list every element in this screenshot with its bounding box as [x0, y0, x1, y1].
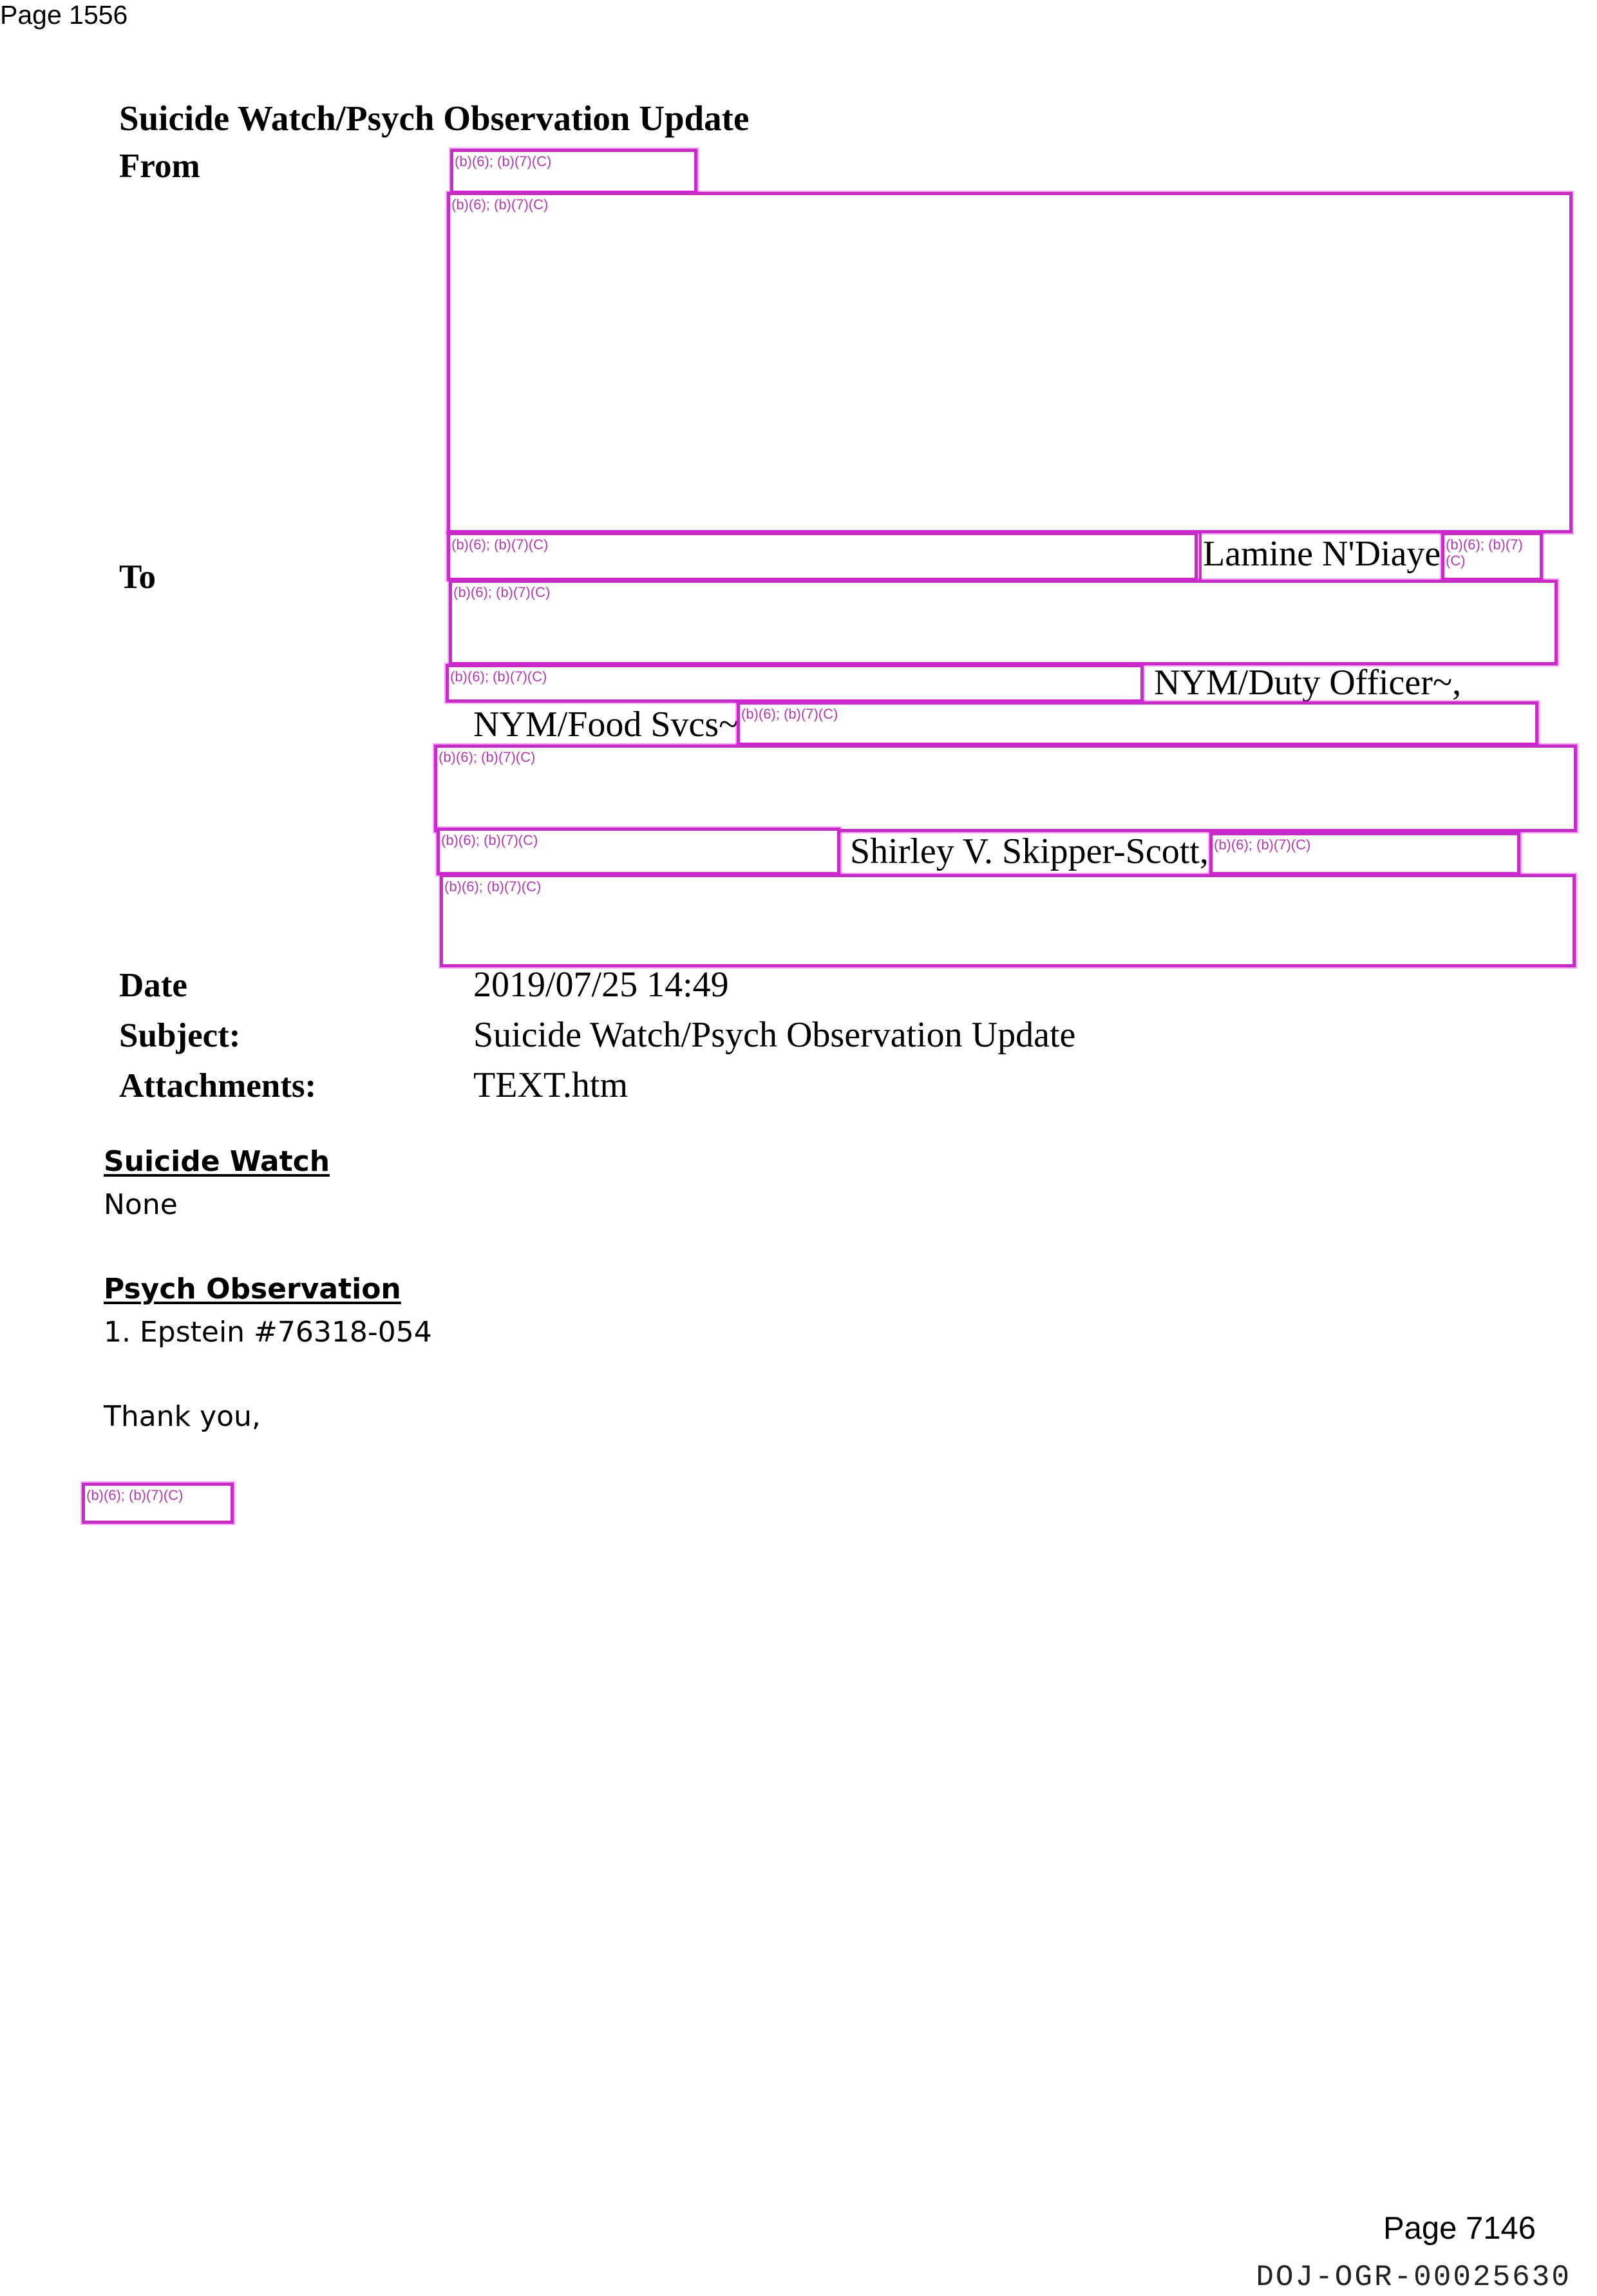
- redaction-code: (b)(6); (b)(7)(C): [453, 584, 550, 600]
- redaction-code: (b)(6); (b)(7)(C): [451, 536, 548, 553]
- attachments-label: Attachments:: [119, 1067, 316, 1105]
- source-page-number: Page 1556: [0, 0, 128, 30]
- date-label: Date: [119, 966, 187, 1005]
- subject-value: Suicide Watch/Psych Observation Update: [473, 1014, 1075, 1056]
- production-page-number: Page 7146: [1383, 2210, 1536, 2246]
- closing-text: Thank you,: [104, 1400, 261, 1433]
- from-label: From: [119, 147, 200, 185]
- redaction-box-to-6: (b)(6); (b)(7)(C): [434, 745, 1577, 832]
- redaction-code: (b)(6); (b)(7)(C): [450, 669, 547, 685]
- redaction-box-to-9: (b)(6); (b)(7)(C): [440, 874, 1576, 967]
- recipient-duty-officer: NYM/Duty Officer~,: [1154, 662, 1461, 703]
- redaction-box-signature: (b)(6); (b)(7)(C): [82, 1483, 234, 1524]
- attachments-value[interactable]: TEXT.htm: [473, 1065, 628, 1106]
- redaction-code: (b)(6); (b)(7)(C): [1214, 837, 1310, 853]
- redaction-box-to-1: (b)(6); (b)(7)(C): [447, 532, 1198, 581]
- redaction-box-to-5: (b)(6); (b)(7)(C): [737, 701, 1538, 746]
- redaction-box-from-details: (b)(6); (b)(7)(C): [447, 192, 1573, 533]
- suicide-watch-heading: Suicide Watch: [104, 1145, 330, 1178]
- redaction-box-from: (b)(6); (b)(7)(C): [450, 149, 697, 194]
- redaction-code: (b)(6); (b)(7)(C): [1446, 536, 1529, 569]
- subject-label: Subject:: [119, 1016, 240, 1055]
- redaction-code: (b)(6); (b)(7)(C): [444, 878, 541, 895]
- recipient-food-svcs: NYM/Food Svcs~: [473, 704, 738, 745]
- redaction-box-to-2: (b)(6); (b)(7)(C): [1441, 532, 1543, 581]
- redaction-code: (b)(6); (b)(7)(C): [439, 749, 535, 765]
- redaction-code: (b)(6); (b)(7)(C): [86, 1487, 183, 1503]
- to-label: To: [119, 558, 156, 596]
- redaction-code: (b)(6); (b)(7)(C): [741, 706, 838, 722]
- redaction-code: (b)(6); (b)(7)(C): [441, 832, 538, 848]
- redaction-code: (b)(6); (b)(7)(C): [451, 196, 548, 213]
- recipient-lamine-ndiaye: Lamine N'Diaye,: [1199, 533, 1450, 580]
- redaction-code: (b)(6); (b)(7)(C): [455, 153, 551, 169]
- redaction-box-to-3: (b)(6); (b)(7)(C): [449, 580, 1558, 665]
- redaction-box-to-8: (b)(6); (b)(7)(C): [1209, 832, 1520, 875]
- bates-number: DOJ-OGR-00025630: [1256, 2261, 1571, 2294]
- psych-observation-item: 1. Epstein #76318-054: [104, 1316, 432, 1349]
- redaction-box-to-4: (b)(6); (b)(7)(C): [446, 664, 1144, 703]
- suicide-watch-text: None: [104, 1188, 178, 1221]
- recipient-skipper-scott: Shirley V. Skipper-Scott,: [850, 831, 1209, 872]
- date-value: 2019/07/25 14:49: [473, 964, 729, 1005]
- redaction-box-to-7: (b)(6); (b)(7)(C): [437, 828, 840, 875]
- psych-observation-heading: Psych Observation: [104, 1273, 401, 1305]
- email-title: Suicide Watch/Psych Observation Update: [119, 98, 749, 138]
